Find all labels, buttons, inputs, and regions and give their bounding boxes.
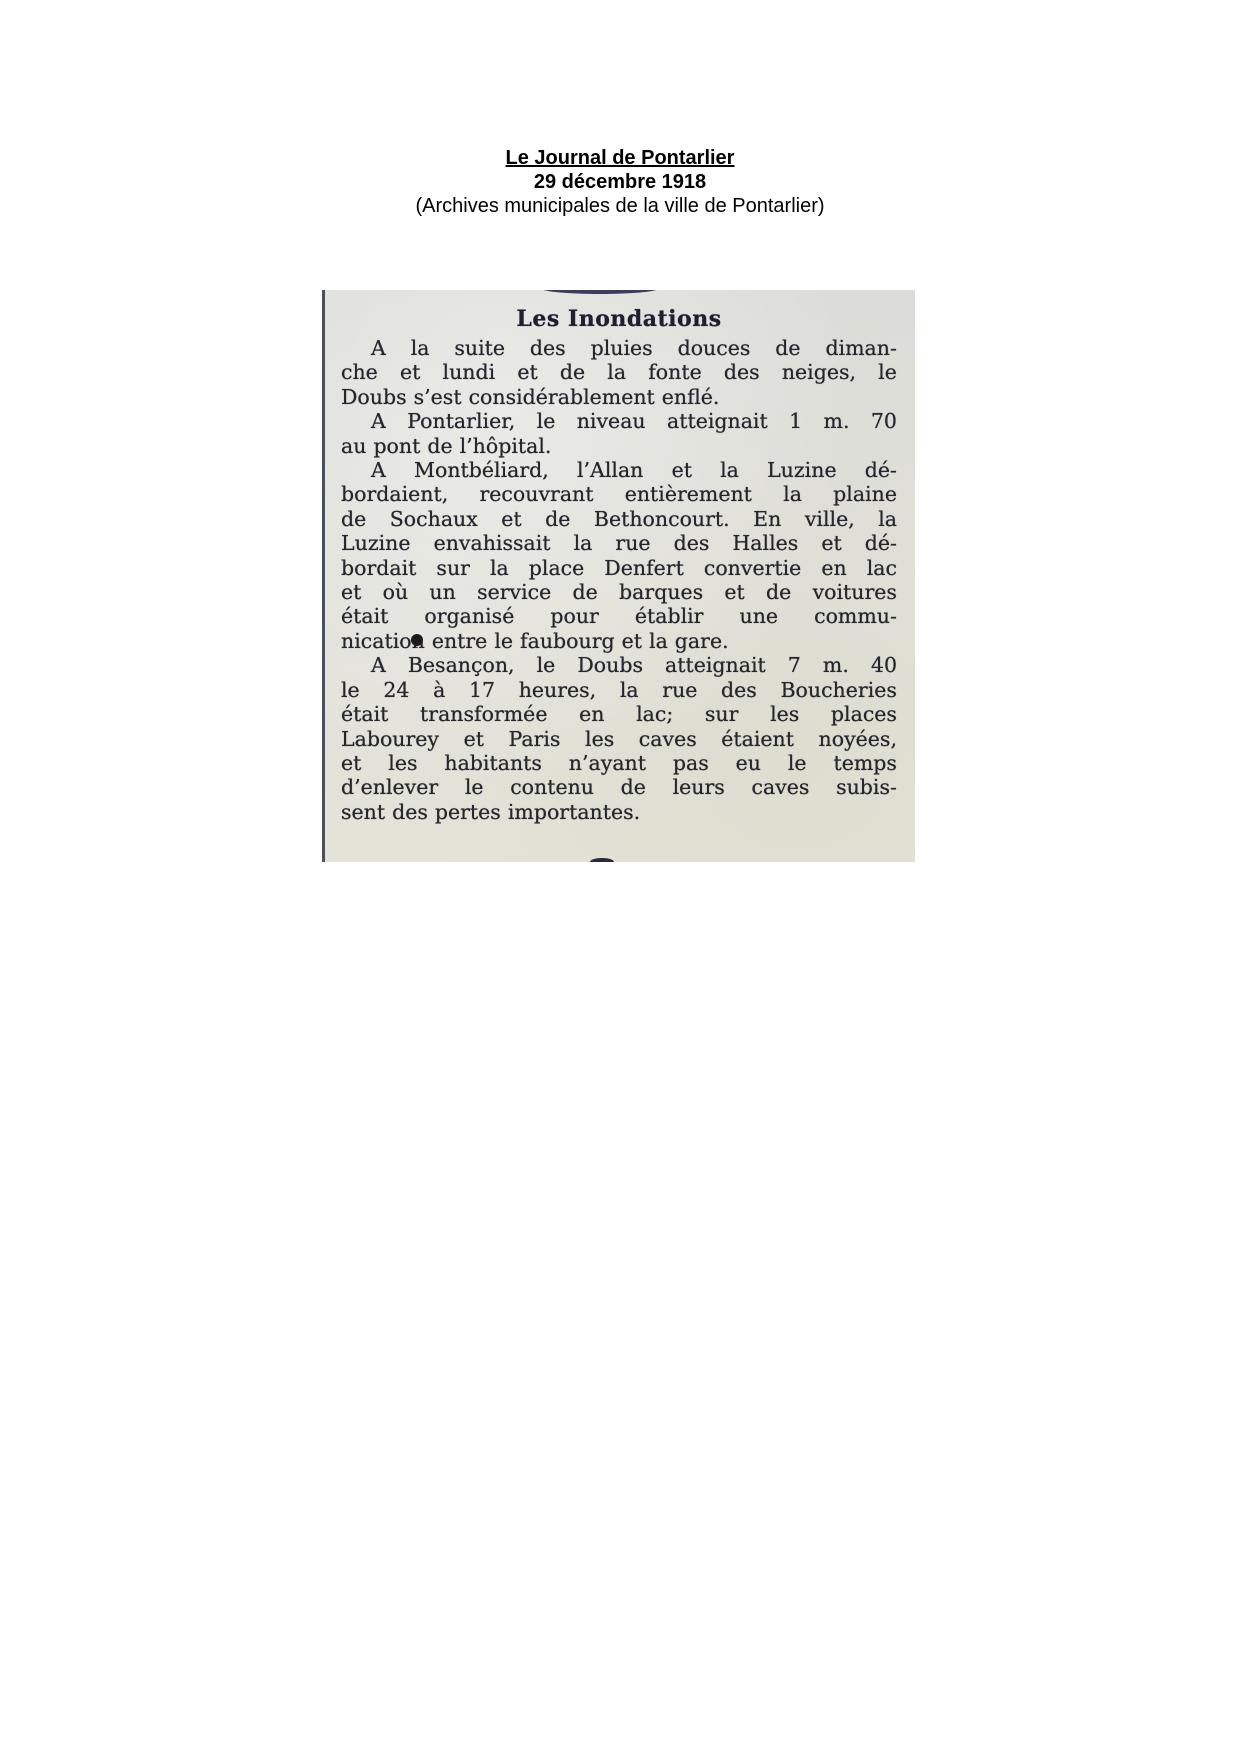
article-body: Alasuitedespluiesdoucesdediman-cheetlund… — [341, 336, 897, 824]
archive-source: (Archives municipales de la ville de Pon… — [0, 194, 1240, 218]
newspaper-title: Le Journal de Pontarlier — [0, 146, 1240, 170]
newspaper-clipping: Les Inondations Alasuitedespluiesdoucesd… — [322, 290, 915, 862]
decorative-rule-bottom — [590, 858, 614, 862]
article-line: étaitorganisépourétablirunecommu- — [341, 604, 897, 628]
article-line: etoùunservicedebarquesetdevoitures — [341, 580, 897, 604]
article-line: LuzineenvahissaitlaruedesHallesetdé- — [341, 531, 897, 555]
article-headline: Les Inondations — [341, 304, 897, 334]
article-line: etleshabitantsn’ayantpaseuletemps — [341, 751, 897, 775]
document-caption: Le Journal de Pontarlier 29 décembre 191… — [0, 146, 1240, 218]
article-line: nicationentrelefaubourgetlagare. — [341, 629, 897, 653]
publication-date: 29 décembre 1918 — [0, 170, 1240, 194]
article-line: LaboureyetParislescavesétaientnoyées, — [341, 727, 897, 751]
decorative-rule-top — [540, 290, 660, 294]
ink-spot — [411, 634, 423, 646]
article-line: étaittransforméeenlac;surlesplaces — [341, 702, 897, 726]
article-line: cheetlundietdelafontedesneiges,le — [341, 360, 897, 384]
article: Les Inondations Alasuitedespluiesdoucesd… — [341, 304, 897, 824]
article-line: AMontbéliard,l’AllanetlaLuzinedé- — [341, 458, 897, 482]
article-line: Alasuitedespluiesdoucesdediman- — [341, 336, 897, 360]
article-line: le24à17heures,laruedesBoucheries — [341, 678, 897, 702]
article-line: ABesançon,leDoubsatteignait7m.40 — [341, 653, 897, 677]
article-line: d’enleverlecontenudeleurscavessubis- — [341, 775, 897, 799]
article-line: APontarlier,leniveauatteignait1m.70 — [341, 409, 897, 433]
article-line: bordaitsurlaplaceDenfertconvertieenlac — [341, 556, 897, 580]
article-line: deSochauxetdeBethoncourt.Enville,la — [341, 507, 897, 531]
article-line: aupontdel’hôpital. — [341, 434, 897, 458]
article-line: Doubss’estconsidérablementenflé. — [341, 385, 897, 409]
article-line: sentdespertesimportantes. — [341, 800, 897, 824]
article-line: bordaient,recouvrantentièrementlaplaine — [341, 482, 897, 506]
